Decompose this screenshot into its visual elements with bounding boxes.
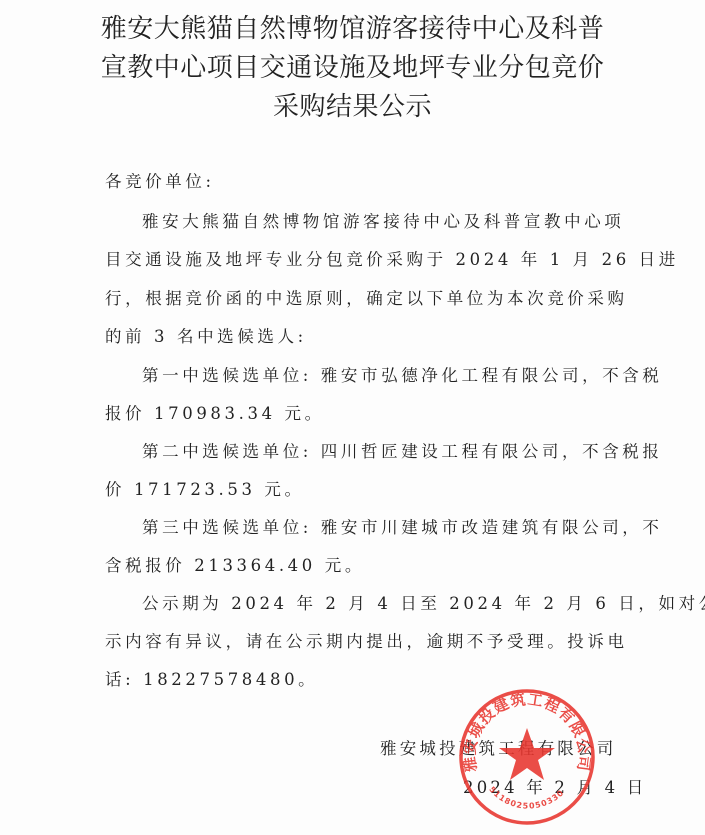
star-icon [499,728,555,780]
candidate-3-line: 第三中选候选单位: 雅安市川建城市改造建筑有限公司，不 [142,514,663,538]
svg-text:5118025050330: 5118025050330 [487,785,566,811]
intro-line: 行，根据竞价函的中选原则，确定以下单位为本次竞价采购 [105,285,628,309]
notice-line: 话: 18227578480。 [105,666,318,690]
intro-line: 目交通设施及地坪专业分包竞价采购于 2024 年 1 月 26 日进 [105,246,679,270]
notice-line: 公示期为 2024 年 2 月 4 日至 2024 年 2 月 6 日，如对公 [142,590,705,614]
candidate-3-price: 含税报价 213364.40 元。 [105,552,365,576]
notice-line: 示内容有异议，请在公示期内提出，逾期不予受理。投诉电 [105,628,628,652]
intro-line: 的前 3 名中选候选人: [105,323,307,347]
candidate-1-price: 报价 170983.34 元。 [105,400,325,424]
candidate-2-price: 价 171723.53 元。 [105,476,305,500]
intro-line: 雅安大熊猫自然博物馆游客接待中心及科普宣教中心项 [142,208,624,232]
candidate-2-line: 第二中选候选单位: 四川哲匠建设工程有限公司，不含税报 [142,438,663,462]
document-page: 雅安大熊猫自然博物馆游客接待中心及科普 宣教中心项目交通设施及地坪专业分包竞价 … [0,0,705,835]
candidate-1-line: 第一中选候选单位: 雅安市弘德净化工程有限公司，不含税 [142,362,663,386]
company-seal-stamp: 雅安城投建筑工程有限公司 5118025050330 [456,686,598,828]
salutation: 各竞价单位: [105,168,215,192]
